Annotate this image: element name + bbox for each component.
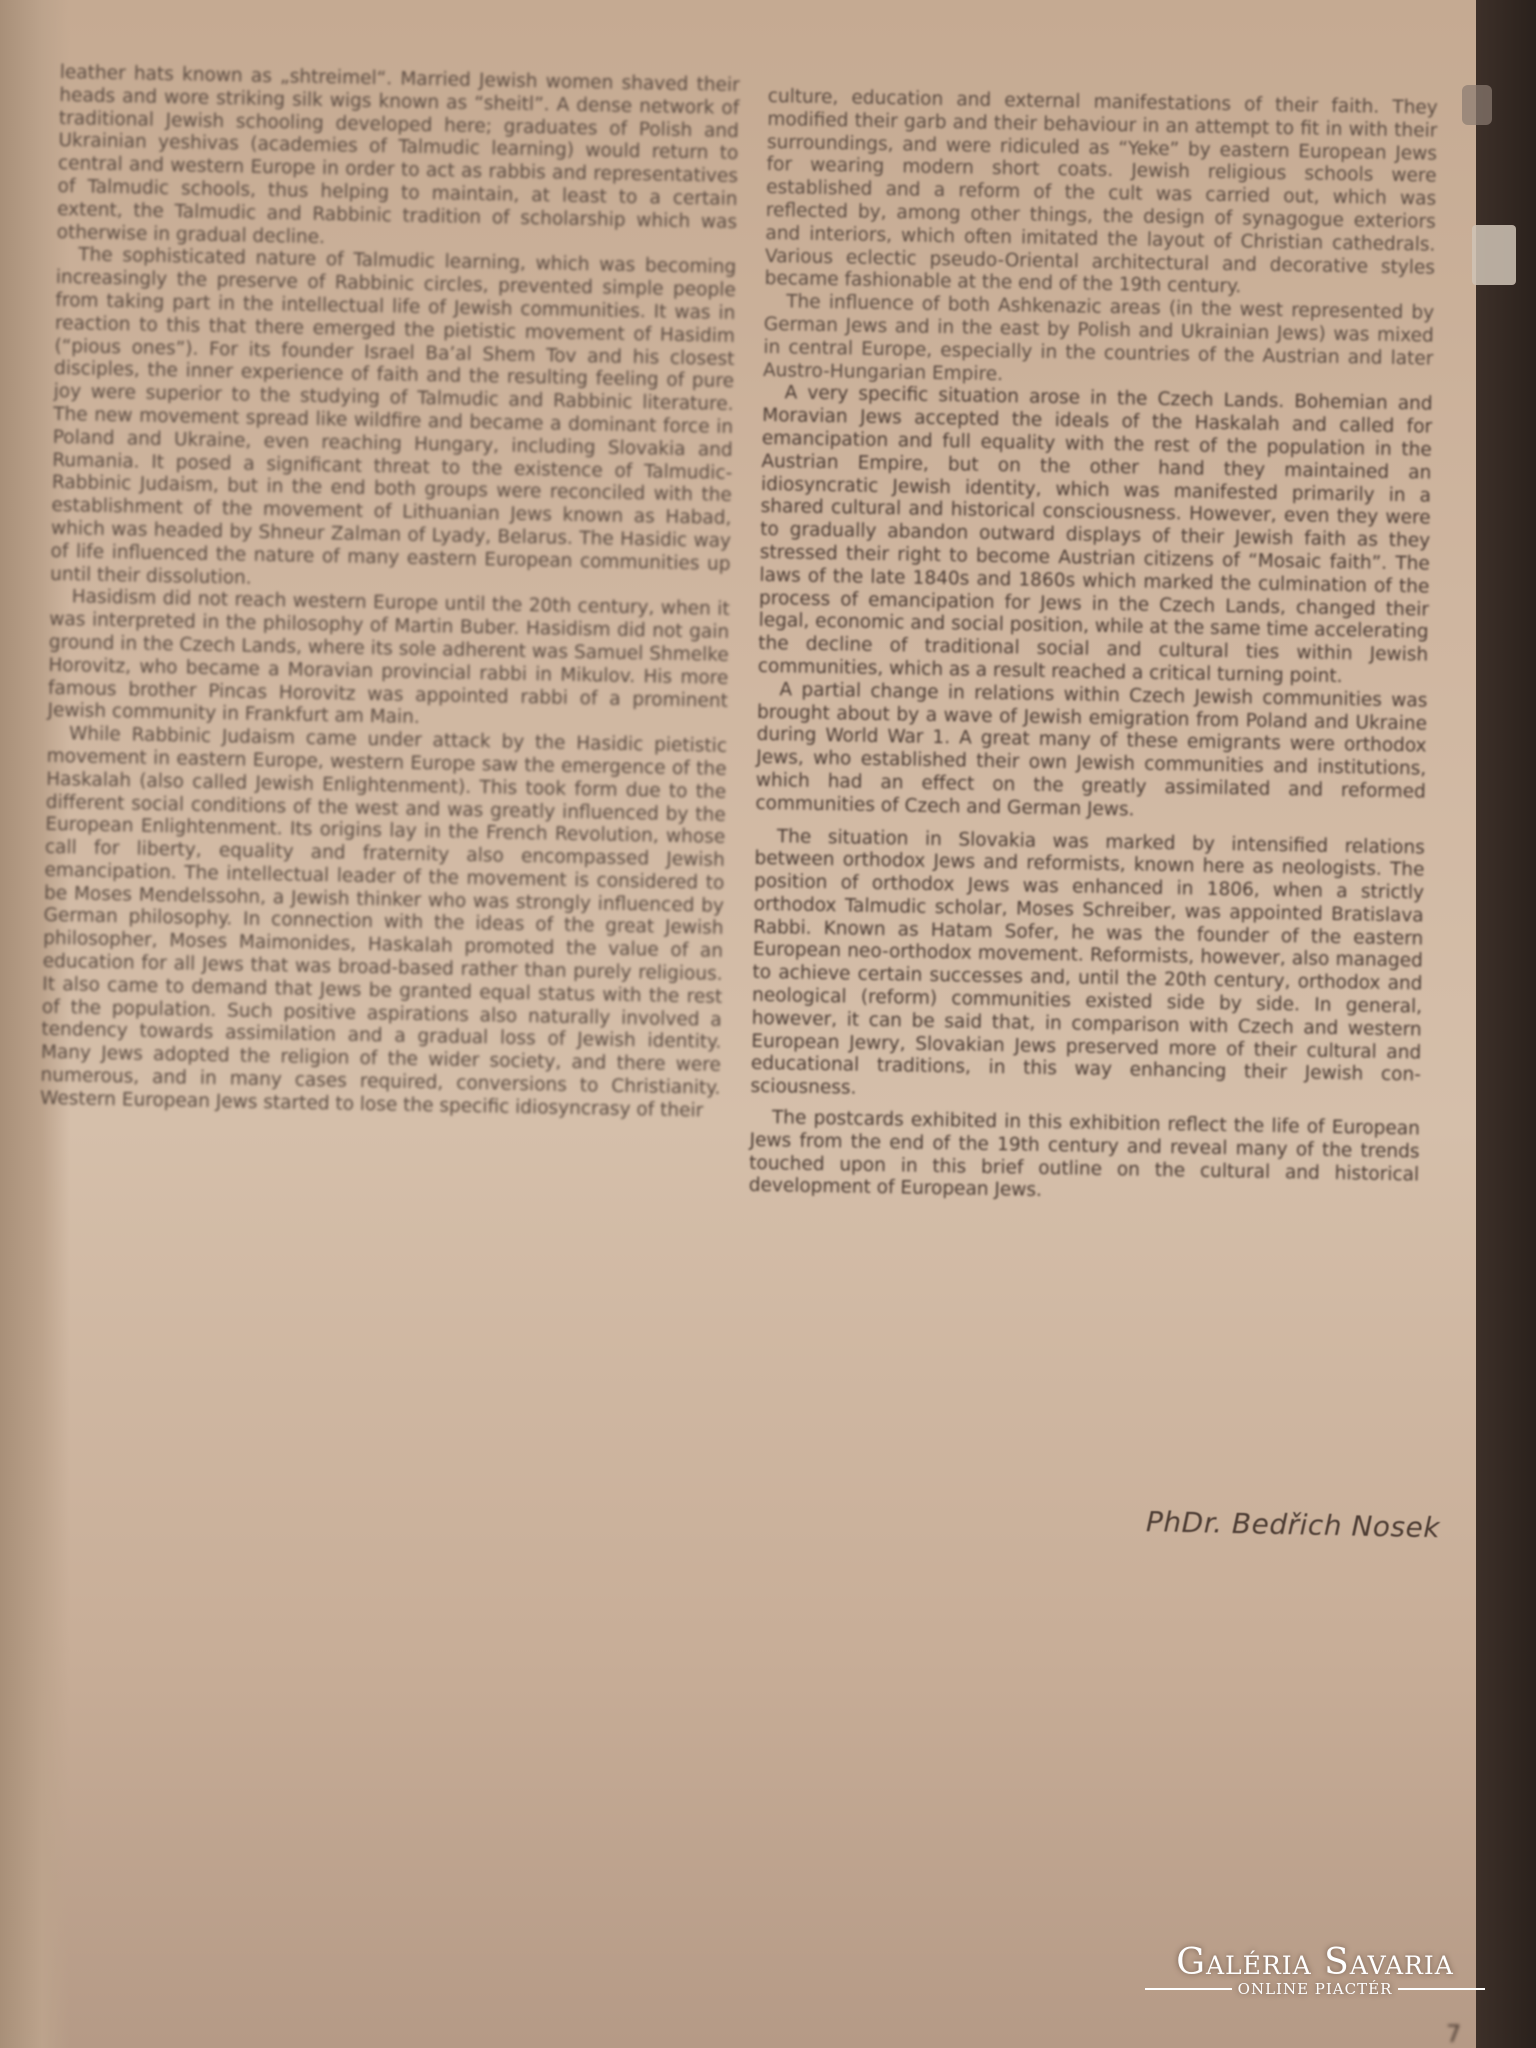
- divider: [1398, 1988, 1485, 1990]
- paragraph: A partial change in relations within Cze…: [755, 679, 1427, 827]
- paragraph: culture, education and external manifest…: [764, 86, 1437, 303]
- left-text-column: leather hats known as „shtreimel“. Marri…: [40, 62, 740, 1124]
- right-text-column: culture, education and external manifest…: [749, 86, 1438, 1210]
- binder-clip: [1472, 225, 1516, 285]
- book-page: leather hats known as „shtreimel“. Marri…: [0, 0, 1488, 2048]
- watermark-logo: Galéria Savaria ONLINE PIACTÉR: [1145, 1944, 1485, 1998]
- paragraph: While Rabbinic Judaism came under attack…: [40, 723, 727, 1124]
- divider: [1145, 1988, 1232, 1990]
- paragraph: The sophisticated nature of Talmudic lea…: [50, 244, 736, 599]
- binder-clip: [1462, 85, 1492, 125]
- page-number: 7: [1446, 2020, 1461, 2048]
- watermark-title: Galéria Savaria: [1145, 1944, 1485, 1982]
- watermark-subtitle: ONLINE PIACTÉR: [1238, 1980, 1393, 1998]
- paragraph: A very specific situation arose in the C…: [758, 382, 1433, 690]
- paragraph: The postcards exhibited in this exhibiti…: [749, 1107, 1420, 1210]
- author-signature: PhDr. Bedřich Nosek: [1146, 1505, 1441, 1544]
- background-surface: [1476, 0, 1536, 2048]
- paragraph: Hasidism did not reach western Europe un…: [47, 586, 730, 736]
- paragraph: The situation in Slovakia was marked by …: [750, 825, 1425, 1110]
- paragraph: leather hats known as „shtreimel“. Marri…: [56, 62, 739, 257]
- paragraph: The influence of both Ashkenazic areas (…: [763, 291, 1434, 394]
